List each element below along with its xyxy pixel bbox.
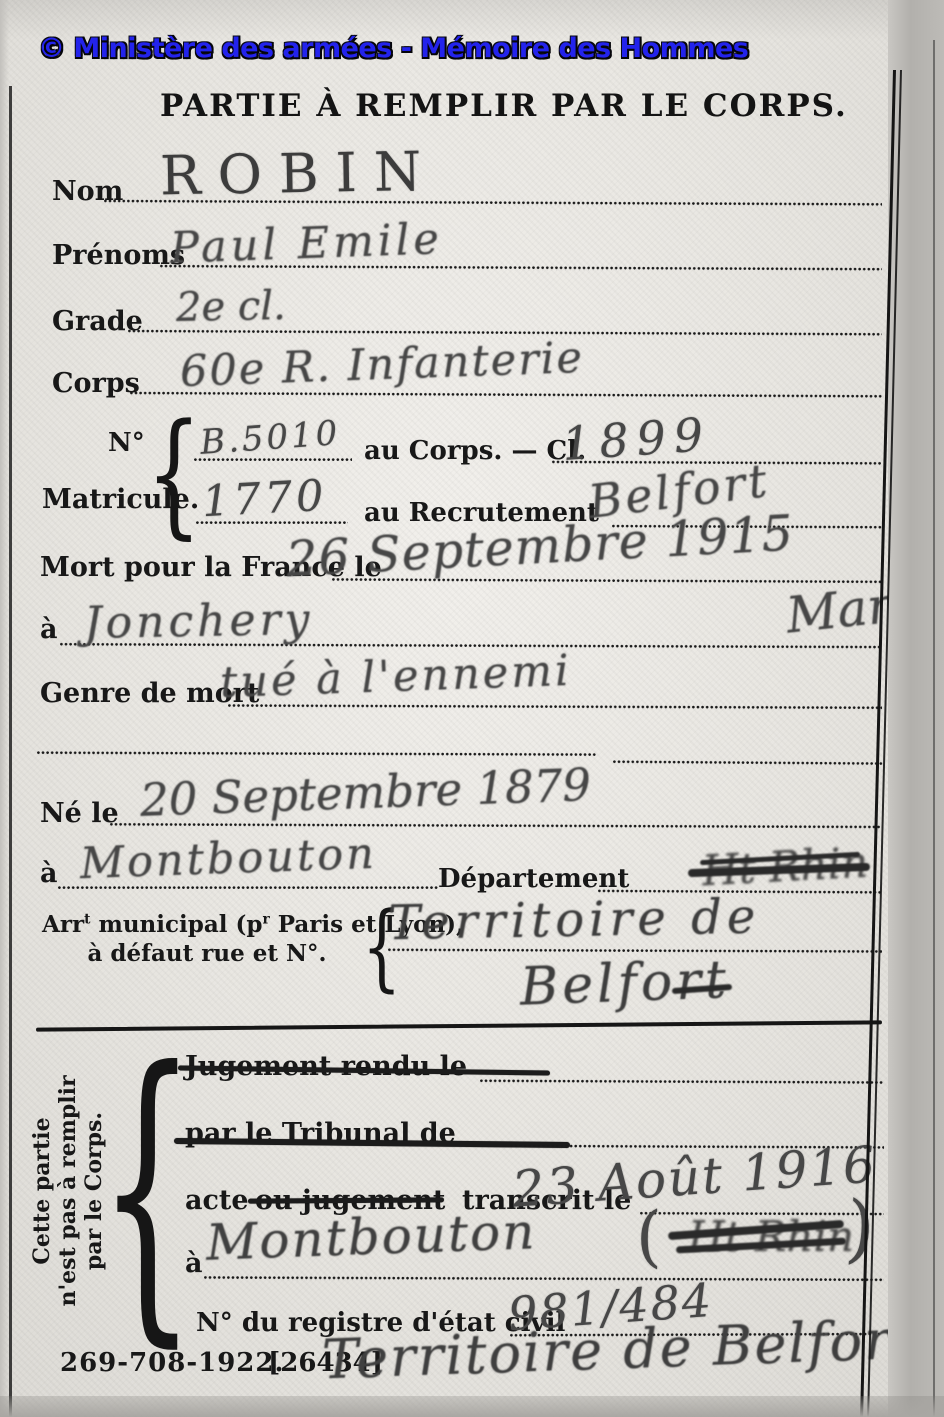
acte-a-value-handwritten: Montbouton [205,1202,537,1271]
corps-label: Corps [52,368,140,399]
mort-le-value-handwritten: 26 Septembre 1915 [285,505,795,589]
acte-label-start: acte [185,1185,249,1216]
matricule-corps-value-handwritten: B.5010 [199,413,342,463]
corps-value-handwritten: 60e R. Infanterie [179,333,584,397]
paren-open-handwritten: ( [636,1198,662,1275]
matricule-recrutement-value-handwritten: 1770 [201,471,329,527]
mort-a-label: à [40,614,58,645]
matricule-brace: { [146,406,202,541]
arrt-label-line2: à défaut rue et N°. [42,940,372,967]
dotted-line [196,521,348,525]
dotted-line [480,1079,884,1085]
page-title: PARTIE À REMPLIR PAR LE CORPS. [160,88,820,124]
dotted-line [204,1276,884,1282]
scanned-record-page: © Ministère des armées - Mémoire des Hom… [0,0,944,1417]
scan-edge-line [933,40,935,1417]
ne-le-label: Né le [40,798,119,829]
prenoms-value-handwritten: Paul Emile [169,214,443,273]
dotted-line [194,458,352,462]
dotted-line [613,760,883,766]
ne-a-label: à [40,858,58,889]
margin-note-line2: n'est pas à remplir [55,1041,81,1341]
scan-edge-bottom [0,1396,944,1417]
dotted-line [37,751,597,757]
ne-a-value-handwritten: Montbouton [79,829,377,889]
margin-note-line1: Cette partie [29,1041,55,1341]
page-border-line-left [9,86,12,1417]
ne-le-value-handwritten: 20 Septembre 1879 [139,758,592,827]
margin-note-brace: { [98,1032,197,1348]
matricule-no-label: N° [108,428,145,458]
acte-a-label: à [185,1248,203,1279]
mort-a-value-handwritten: Jonchery [84,594,314,649]
genre-mort-value-handwritten: tué à l'ennemi [219,646,572,708]
dotted-line [228,704,882,710]
grade-value-handwritten: 2e cl. [176,283,287,331]
watermark-text: © Ministère des armées - Mémoire des Hom… [38,33,748,64]
print-code: 269-708-1922. [60,1348,285,1378]
nom-value-handwritten: ROBIN [159,140,438,208]
scan-gutter-left [0,0,9,1417]
arrt-value-line1-handwritten: Territoire de [388,889,761,951]
arrt-value-line2-handwritten: Belfort [519,950,731,1017]
